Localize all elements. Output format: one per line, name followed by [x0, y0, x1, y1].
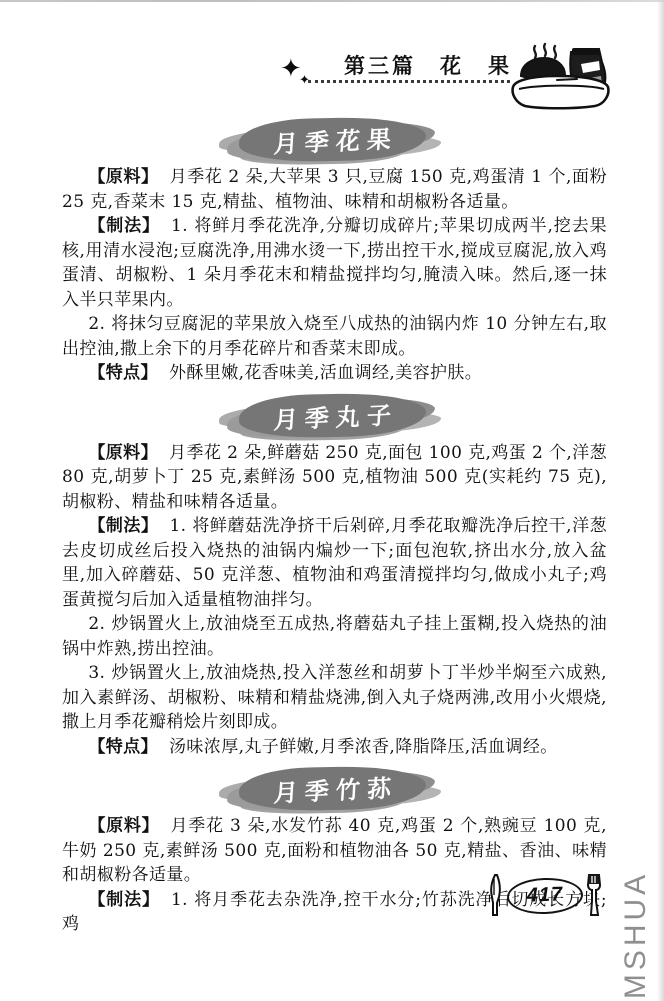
paragraph-label: 【原料】: [88, 167, 158, 187]
paragraph: 【制法】1. 将鲜月季花洗净,分瓣切成碎片;苹果切成两半,挖去果核,用清水浸泡;…: [62, 214, 607, 312]
paragraph-text: 3. 炒锅置火上,放油烧热,投入洋葱丝和胡萝卜丁半炒半焖至六成熟,加入素鲜汤、胡…: [62, 663, 607, 732]
recipe-3-title: 月季竹荪: [265, 768, 398, 809]
paragraph: 【制法】1. 将鲜蘑菇洗净挤干后剁碎,月季花取瓣洗净后控干,洋葱去皮切成丝后投入…: [62, 514, 607, 612]
paragraph: 【特点】汤味浓厚,丸子鲜嫩,月季浓香,降脂降压,活血调经。: [62, 735, 607, 760]
recipe-1-banner: 月季花果: [0, 118, 664, 158]
brush-banner: 月季竹荪: [238, 765, 426, 811]
page-footer: 417: [488, 873, 602, 919]
paragraph-label: 【制法】: [88, 216, 160, 236]
recipe-2-banner: 月季丸子: [0, 394, 664, 434]
page-header: ✦ ✦ 第三篇 花 果: [0, 44, 664, 110]
paragraph: 2. 炒锅置火上,放油烧至五成热,将蘑菇丸子挂上蛋糊,投入烧热的油锅中炸熟,捞出…: [62, 612, 607, 661]
paragraph: 2. 将抹匀豆腐泥的苹果放入烧至八成热的油锅内炸 10 分钟左右,取出控油,撒上…: [62, 312, 607, 361]
recipe-1-body: 【原料】月季花 2 朵,大苹果 3 只,豆腐 150 克,鸡蛋清 1 个,面粉 …: [62, 165, 607, 386]
fork-icon: [586, 873, 602, 919]
paragraph: 3. 炒锅置火上,放油烧热,投入洋葱丝和胡萝卜丁半炒半焖至六成熟,加入素鲜汤、胡…: [62, 661, 607, 735]
recipe-2: 月季丸子 【原料】月季花 2 朵,鲜蘑菇 250 克,面包 100 克,鸡蛋 2…: [0, 394, 664, 760]
paragraph-label: 【原料】: [88, 443, 158, 463]
knife-icon: [488, 873, 504, 919]
paragraph-label: 【特点】: [88, 737, 158, 757]
watermark: MSHUA: [617, 867, 655, 1001]
chapter-title: 第三篇 花 果: [344, 50, 512, 80]
paragraph-text: 汤味浓厚,丸子鲜嫩,月季浓香,降脂降压,活血调经。: [169, 737, 558, 757]
paragraph: 【原料】月季花 2 朵,鲜蘑菇 250 克,面包 100 克,鸡蛋 2 个,洋葱…: [62, 441, 607, 515]
paragraph-label: 【制法】: [88, 516, 158, 536]
paragraph-label: 【原料】: [88, 816, 159, 836]
recipe-1-title: 月季花果: [265, 119, 398, 160]
recipe-1: 月季花果 【原料】月季花 2 朵,大苹果 3 只,豆腐 150 克,鸡蛋清 1 …: [0, 118, 664, 386]
steaming-dish-illustration: [505, 42, 617, 112]
recipe-3-banner: 月季竹荪: [0, 767, 664, 807]
recipe-2-title: 月季丸子: [265, 395, 398, 436]
paragraph-text: 外酥里嫩,花香味美,活血调经,美容护肤。: [169, 363, 482, 383]
paragraph-text: 2. 炒锅置火上,放油烧至五成热,将蘑菇丸子挂上蛋糊,投入烧热的油锅中炸熟,捞出…: [62, 614, 607, 659]
book-page: ✦ ✦ 第三篇 花 果 月季花果: [0, 0, 664, 1001]
brush-banner: 月季花果: [238, 116, 426, 162]
recipe-2-body: 【原料】月季花 2 朵,鲜蘑菇 250 克,面包 100 克,鸡蛋 2 个,洋葱…: [62, 441, 607, 760]
paragraph: 【原料】月季花 2 朵,大苹果 3 只,豆腐 150 克,鸡蛋清 1 个,面粉 …: [62, 165, 607, 214]
brush-banner: 月季丸子: [238, 392, 426, 438]
paragraph: 【特点】外酥里嫩,花香味美,活血调经,美容护肤。: [62, 361, 607, 386]
paragraph-label: 【特点】: [88, 363, 158, 383]
paragraph-label: 【制法】: [88, 890, 160, 910]
dotted-rule: [308, 80, 510, 83]
page-number: 417: [506, 877, 583, 916]
paragraph-text: 2. 将抹匀豆腐泥的苹果放入烧至八成热的油锅内炸 10 分钟左右,取出控油,撒上…: [62, 314, 607, 359]
sparkle-icon: ✦ ✦: [280, 52, 316, 92]
